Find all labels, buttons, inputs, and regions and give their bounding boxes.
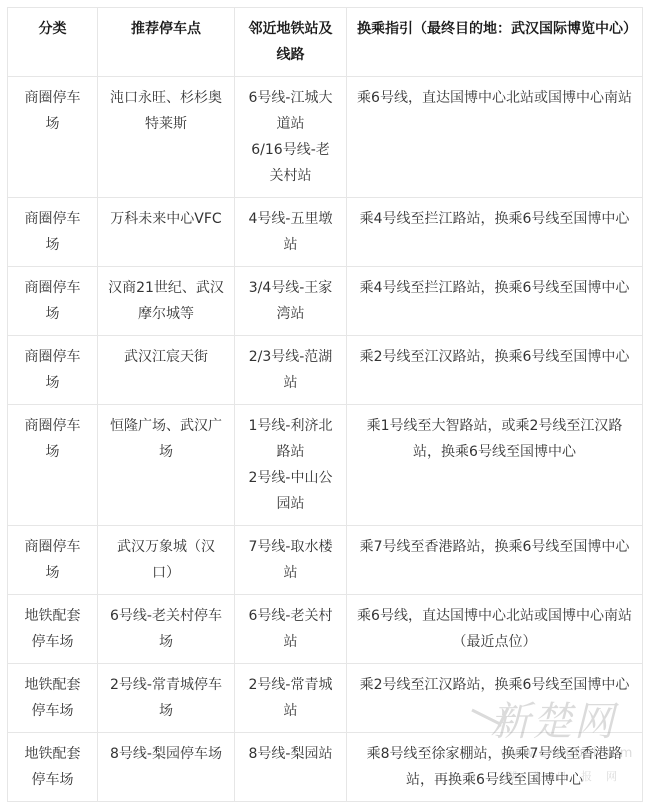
cell-metro: 3/4号线-王家湾站	[235, 267, 347, 336]
table-row: 商圈停车场 恒隆广场、武汉广场 1号线-利济北路站 2号线-中山公园站 乘1号线…	[8, 405, 643, 526]
cell-category: 商圈停车场	[8, 267, 98, 336]
metro-line: 7号线-取水楼站	[245, 534, 336, 586]
cell-category: 商圈停车场	[8, 77, 98, 198]
metro-line: 3/4号线-王家湾站	[245, 275, 336, 327]
metro-line: 4号线-五里墩站	[245, 206, 336, 258]
cell-parking: 万科未来中心VFC	[98, 198, 235, 267]
header-guide: 换乘指引（最终目的地：武汉国际博览中心）	[347, 8, 643, 77]
table-row: 地铁配套停车场 6号线-老关村停车场 6号线-老关村站 乘6号线，直达国博中心北…	[8, 595, 643, 664]
metro-line: 6号线-江城大道站	[245, 85, 336, 137]
table-header-row: 分类 推荐停车点 邻近地铁站及线路 换乘指引（最终目的地：武汉国际博览中心）	[8, 8, 643, 77]
table-row: 商圈停车场 武汉江宸天街 2/3号线-范湖站 乘2号线至江汉路站，换乘6号线至国…	[8, 336, 643, 405]
cell-guide: 乘4号线至拦江路站，换乘6号线至国博中心	[347, 198, 643, 267]
table-row: 商圈停车场 万科未来中心VFC 4号线-五里墩站 乘4号线至拦江路站，换乘6号线…	[8, 198, 643, 267]
header-category: 分类	[8, 8, 98, 77]
cell-category: 地铁配套停车场	[8, 733, 98, 802]
metro-line: 1号线-利济北路站	[245, 413, 336, 465]
cell-guide: 乘2号线至江汉路站，换乘6号线至国博中心	[347, 664, 643, 733]
cell-metro: 6号线-江城大道站 6/16号线-老关村站	[235, 77, 347, 198]
table-row: 商圈停车场 武汉万象城（汉口） 7号线-取水楼站 乘7号线至香港路站，换乘6号线…	[8, 526, 643, 595]
table-row: 商圈停车场 汉商21世纪、武汉摩尔城等 3/4号线-王家湾站 乘4号线至拦江路站…	[8, 267, 643, 336]
cell-category: 商圈停车场	[8, 405, 98, 526]
metro-line: 8号线-梨园站	[245, 741, 336, 767]
cell-parking: 汉商21世纪、武汉摩尔城等	[98, 267, 235, 336]
cell-parking: 2号线-常青城停车场	[98, 664, 235, 733]
cell-guide: 乘4号线至拦江路站，换乘6号线至国博中心	[347, 267, 643, 336]
metro-line: 6号线-老关村站	[245, 603, 336, 655]
metro-line: 6/16号线-老关村站	[245, 137, 336, 189]
table-row: 地铁配套停车场 2号线-常青城停车场 2号线-常青城站 乘2号线至江汉路站，换乘…	[8, 664, 643, 733]
table-row: 地铁配套停车场 8号线-梨园停车场 8号线-梨园站 乘8号线至徐家棚站，换乘7号…	[8, 733, 643, 802]
cell-parking: 8号线-梨园停车场	[98, 733, 235, 802]
parking-guide-table: 分类 推荐停车点 邻近地铁站及线路 换乘指引（最终目的地：武汉国际博览中心） 商…	[7, 7, 643, 802]
cell-category: 地铁配套停车场	[8, 595, 98, 664]
header-parking: 推荐停车点	[98, 8, 235, 77]
metro-line: 2号线-常青城站	[245, 672, 336, 724]
cell-parking: 6号线-老关村停车场	[98, 595, 235, 664]
cell-metro: 6号线-老关村站	[235, 595, 347, 664]
cell-metro: 4号线-五里墩站	[235, 198, 347, 267]
header-metro: 邻近地铁站及线路	[235, 8, 347, 77]
metro-line: 2号线-中山公园站	[245, 465, 336, 517]
cell-parking: 武汉江宸天街	[98, 336, 235, 405]
cell-category: 商圈停车场	[8, 526, 98, 595]
cell-guide: 乘1号线至大智路站，或乘2号线至江汉路站，换乘6号线至国博中心	[347, 405, 643, 526]
cell-parking: 恒隆广场、武汉广场	[98, 405, 235, 526]
metro-line: 2/3号线-范湖站	[245, 344, 336, 396]
cell-parking: 沌口永旺、杉杉奥特莱斯	[98, 77, 235, 198]
cell-category: 商圈停车场	[8, 198, 98, 267]
cell-category: 地铁配套停车场	[8, 664, 98, 733]
cell-metro: 2号线-常青城站	[235, 664, 347, 733]
cell-guide: 乘7号线至香港路站，换乘6号线至国博中心	[347, 526, 643, 595]
table-row: 商圈停车场 沌口永旺、杉杉奥特莱斯 6号线-江城大道站 6/16号线-老关村站 …	[8, 77, 643, 198]
parking-guide-table-container: 分类 推荐停车点 邻近地铁站及线路 换乘指引（最终目的地：武汉国际博览中心） 商…	[7, 7, 642, 802]
cell-metro: 7号线-取水楼站	[235, 526, 347, 595]
cell-guide: 乘6号线，直达国博中心北站或国博中心南站（最近点位）	[347, 595, 643, 664]
cell-guide: 乘6号线，直达国博中心北站或国博中心南站	[347, 77, 643, 198]
cell-guide: 乘2号线至江汉路站，换乘6号线至国博中心	[347, 336, 643, 405]
cell-category: 商圈停车场	[8, 336, 98, 405]
cell-guide: 乘8号线至徐家棚站，换乘7号线至香港路站，再换乘6号线至国博中心	[347, 733, 643, 802]
cell-metro: 2/3号线-范湖站	[235, 336, 347, 405]
cell-parking: 武汉万象城（汉口）	[98, 526, 235, 595]
cell-metro: 1号线-利济北路站 2号线-中山公园站	[235, 405, 347, 526]
cell-metro: 8号线-梨园站	[235, 733, 347, 802]
